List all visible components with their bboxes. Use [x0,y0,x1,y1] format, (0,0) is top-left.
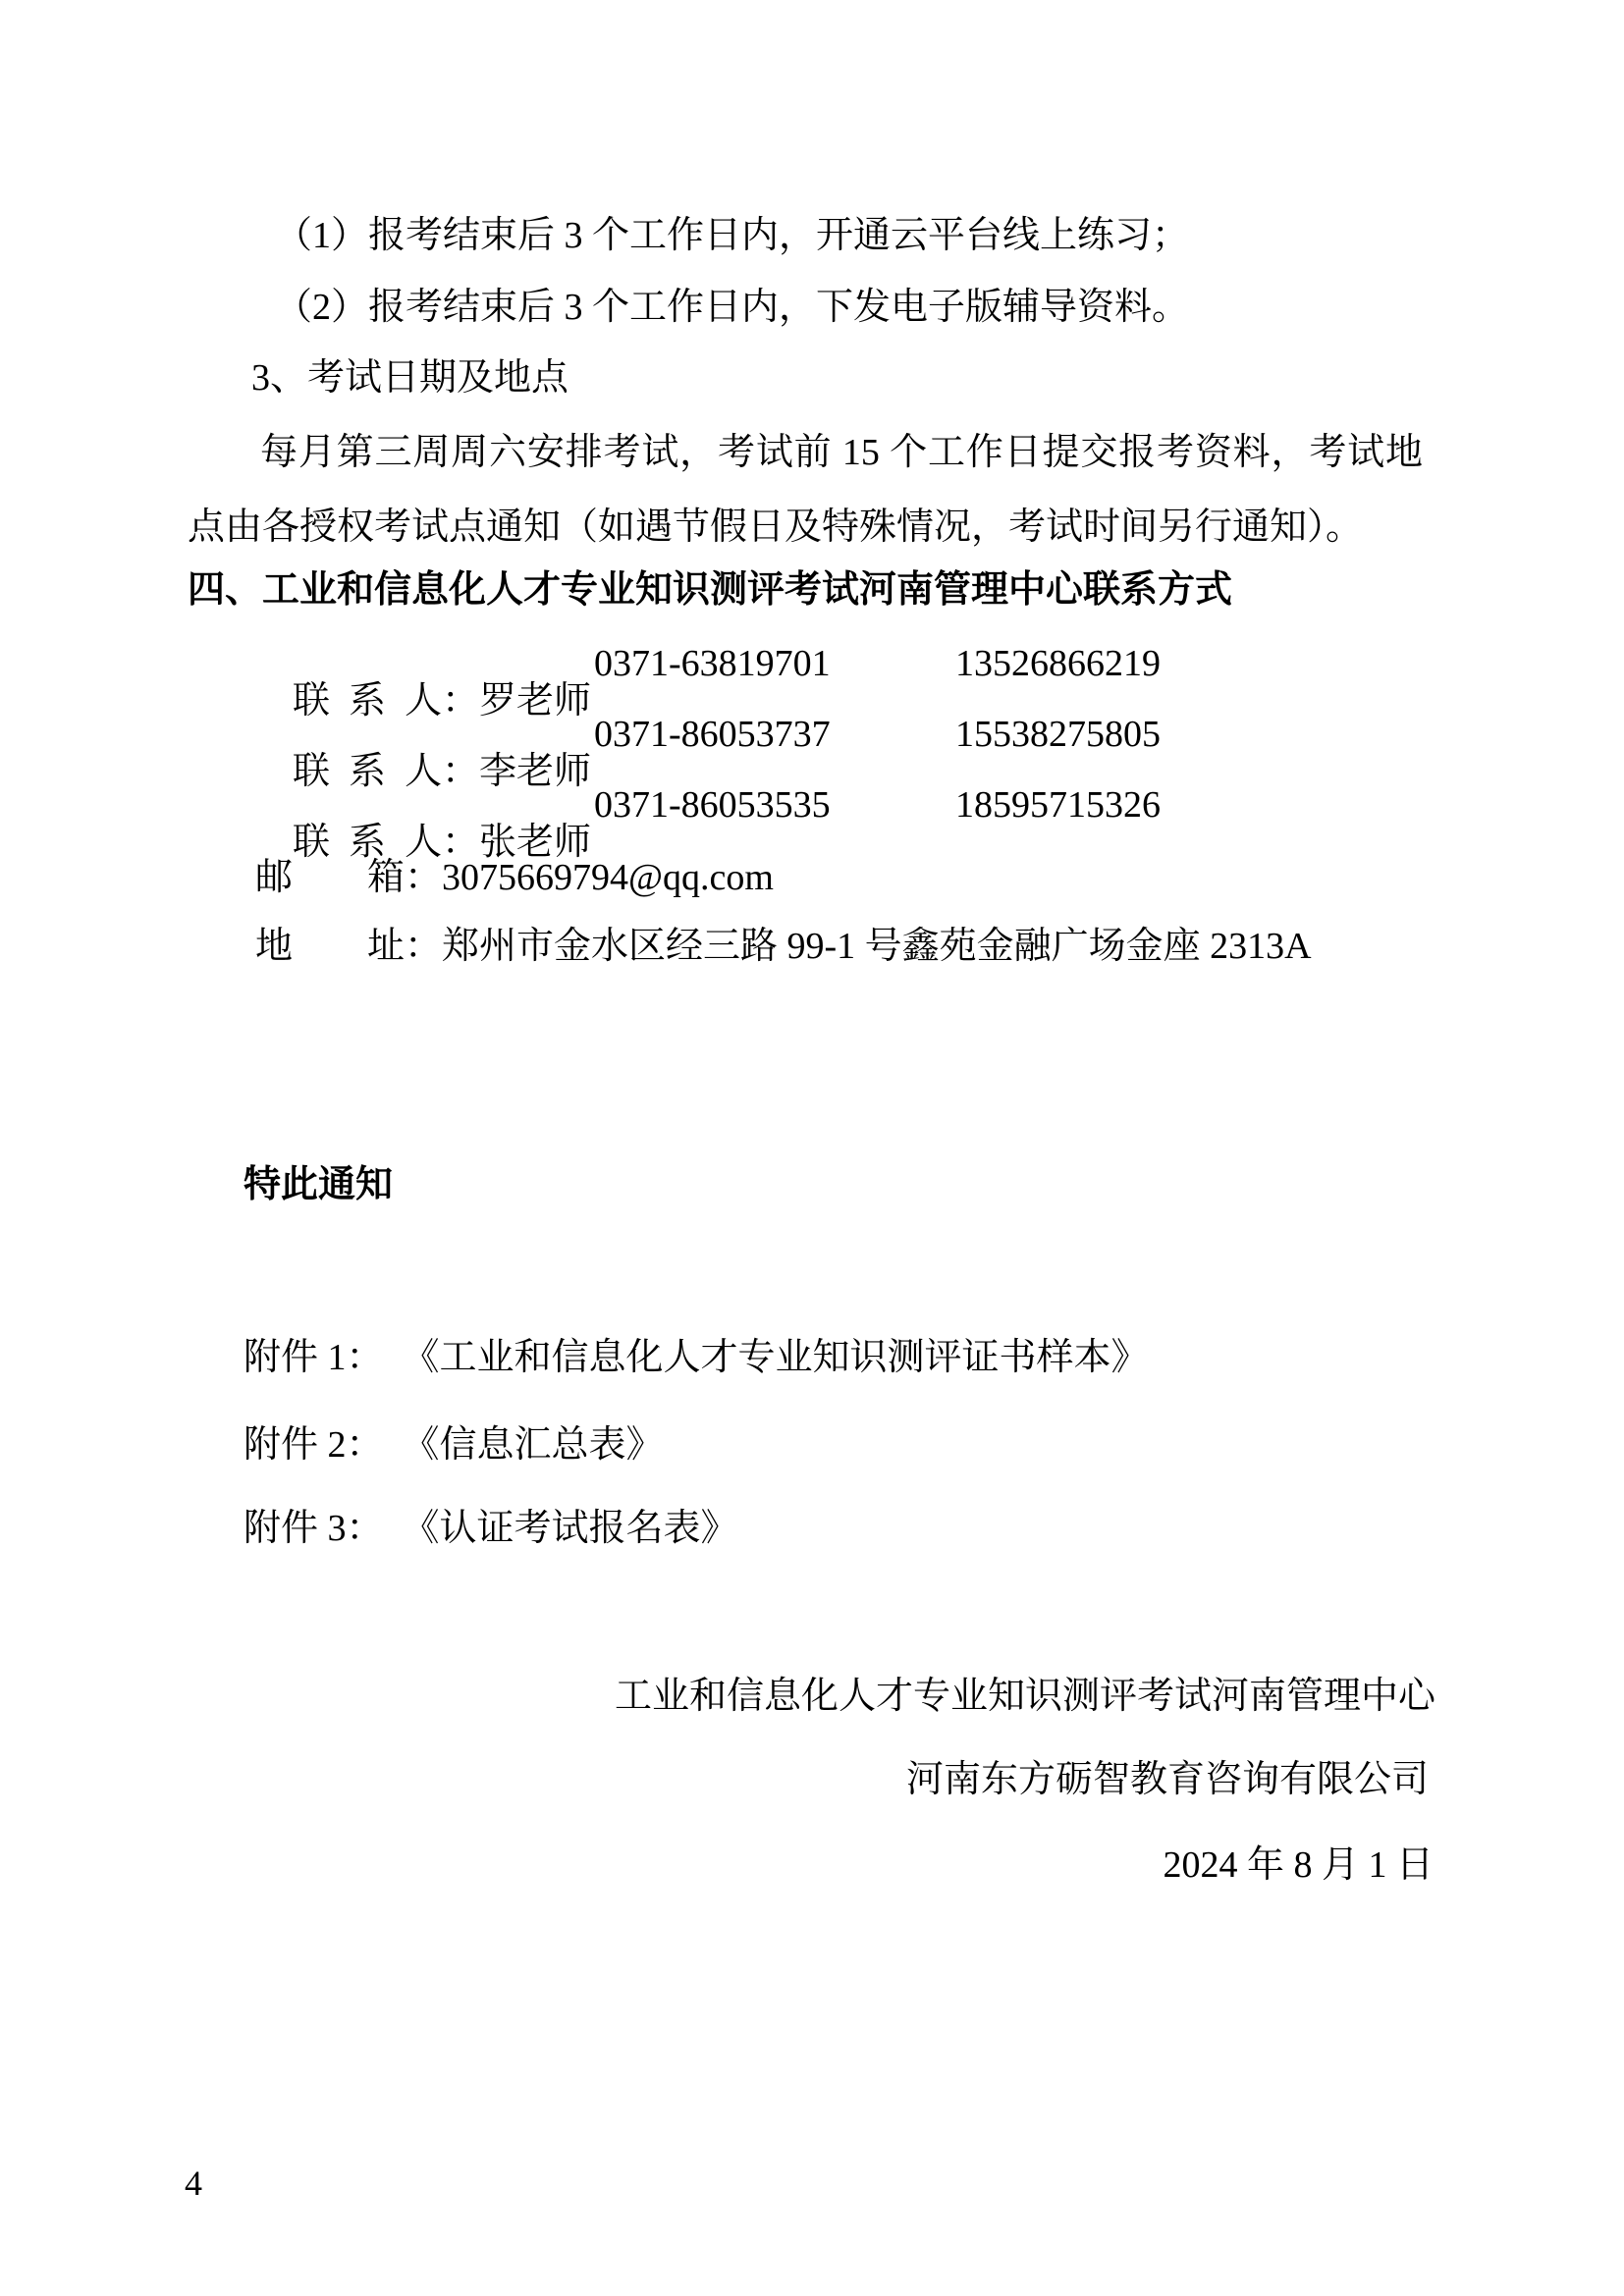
document-page: （1）报考结束后 3 个工作日内，开通云平台线上练习； （2）报考结束后 3 个… [0,0,1624,2296]
attachment-item-2: 附件 2： 《信息汇总表》 [244,1426,664,1464]
notice-text: 特此通知 [244,1166,393,1203]
contact-mobile: 13526866219 [955,645,1161,682]
email-row: 邮 箱：3075669794@qq.com [255,859,774,896]
paragraph-line-1: 每月第三周周六安排考试，考试前 15 个工作日提交报考资料，考试地 [188,434,1423,471]
contact-row: 联 系 人：罗老师 0371-63819701 13526866219 [255,645,1335,682]
signature-org-1: 工业和信息化人才专业知识测评考试河南管理中心 [615,1678,1435,1715]
signature-org-2: 河南东方砺智教育咨询有限公司 [906,1761,1429,1798]
contact-phone: 0371-86053535 [594,786,831,824]
contact-mobile: 18595715326 [955,786,1161,824]
contact-row: 联 系 人：张老师 0371-86053535 18595715326 [255,786,1335,824]
signature-date: 2024 年 8 月 1 日 [1163,1846,1434,1884]
attachment-item-3: 附件 3： 《认证考试报名表》 [244,1510,738,1547]
numbered-item-1: （1）报考结束后 3 个工作日内，开通云平台线上练习； [275,217,1189,254]
contact-row: 联 系 人：李老师 0371-86053737 15538275805 [255,716,1335,753]
page-number: 4 [185,2165,202,2201]
address-row: 地 址：郑州市金水区经三路 99-1 号鑫苑金融广场金座 2313A [255,928,1312,965]
contact-phone: 0371-86053737 [594,716,831,753]
section-3-heading: 3、考试日期及地点 [251,359,568,397]
numbered-item-2: （2）报考结束后 3 个工作日内，下发电子版辅导资料。 [275,289,1189,326]
attachment-item-1: 附件 1： 《工业和信息化人才专业知识测评证书样本》 [244,1339,1149,1376]
paragraph-line-2: 点由各授权考试点通知（如遇节假日及特殊情况，考试时间另行通知）。 [188,508,1363,546]
contact-mobile: 15538275805 [955,716,1161,753]
contact-phone: 0371-63819701 [594,645,831,682]
section-4-heading: 四、工业和信息化人才专业知识测评考试河南管理中心联系方式 [188,571,1232,609]
